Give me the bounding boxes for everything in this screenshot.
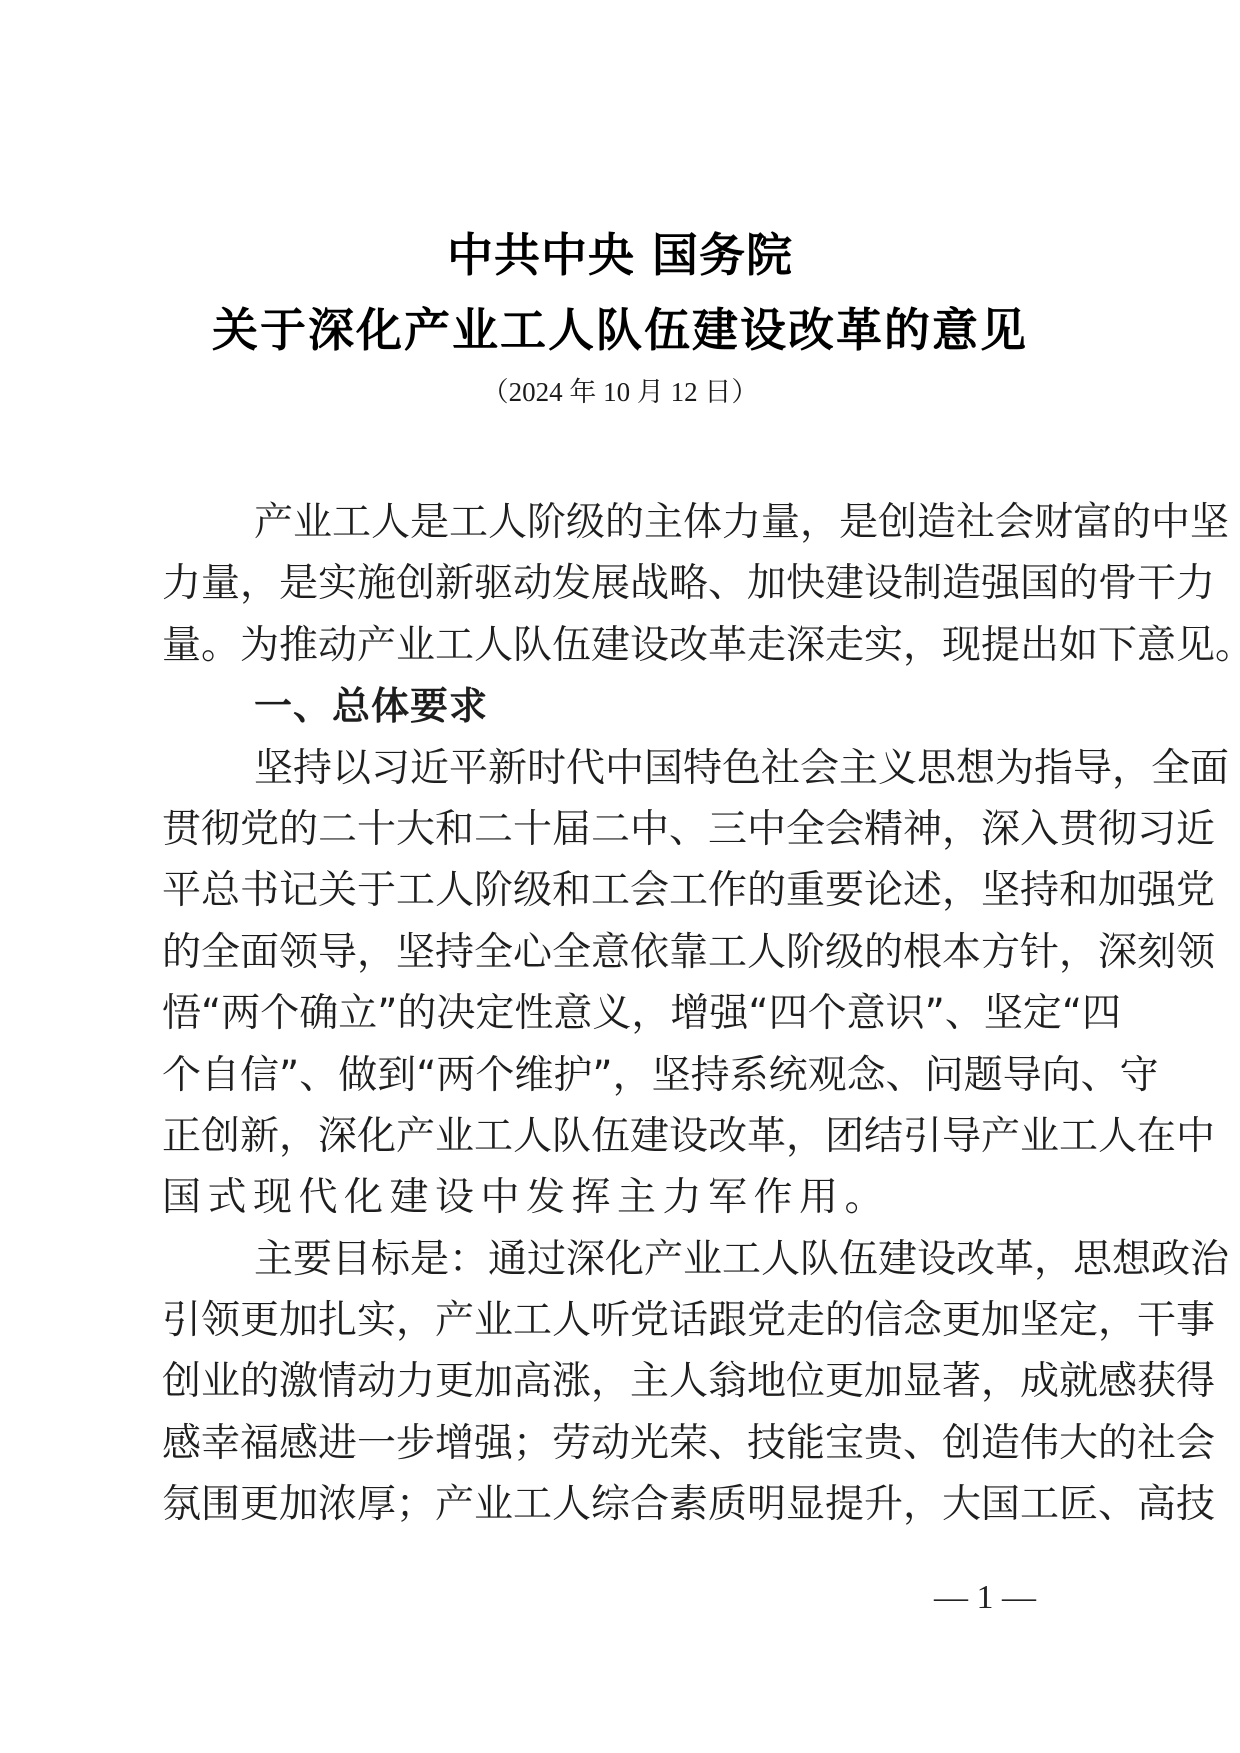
section-heading: 一、总体要求 bbox=[162, 676, 1078, 737]
body-line: 引领更加扎实，产业工人听党话跟党走的信念更加坚定，干事 bbox=[162, 1290, 1078, 1351]
body-line: 产业工人是工人阶级的主体力量，是创造社会财富的中坚 bbox=[162, 492, 1078, 553]
document-title-subject: 关于深化产业工人队伍建设改革的意见 bbox=[0, 301, 1240, 359]
document-title-issuer: 中共中央 国务院 bbox=[0, 226, 1240, 284]
body-line: 量。为推动产业工人队伍建设改革走深走实，现提出如下意见。 bbox=[162, 615, 1078, 676]
body-line: 国式现代化建设中发挥主力军作用。 bbox=[162, 1167, 1078, 1228]
body-line: 坚持以习近平新时代中国特色社会主义思想为指导，全面 bbox=[162, 738, 1078, 799]
body-line: 主要目标是：通过深化产业工人队伍建设改革，思想政治 bbox=[162, 1229, 1078, 1290]
document-body: 产业工人是工人阶级的主体力量，是创造社会财富的中坚 力量，是实施创新驱动发展战略… bbox=[162, 492, 1078, 1536]
body-line: 平总书记关于工人阶级和工会工作的重要论述，坚持和加强党 bbox=[162, 860, 1078, 921]
body-line: 贯彻党的二十大和二十届二中、三中全会精神，深入贯彻习近 bbox=[162, 799, 1078, 860]
body-line: 感幸福感进一步增强；劳动光荣、技能宝贵、创造伟大的社会 bbox=[162, 1413, 1078, 1474]
document-date: （2024 年 10 月 12 日） bbox=[0, 374, 1240, 410]
page-number: — 1 — bbox=[920, 1578, 1050, 1618]
body-line: 力量，是实施创新驱动发展战略、加快建设制造强国的骨干力 bbox=[162, 553, 1078, 614]
body-line: 的全面领导，坚持全心全意依靠工人阶级的根本方针，深刻领 bbox=[162, 922, 1078, 983]
body-line: 正创新，深化产业工人队伍建设改革，团结引导产业工人在中 bbox=[162, 1106, 1078, 1167]
body-line: 创业的激情动力更加高涨，主人翁地位更加显著，成就感获得 bbox=[162, 1351, 1078, 1412]
body-line: 悟“两个确立”的决定性意义，增强“四个意识”、坚定“四 bbox=[162, 983, 1078, 1044]
body-line: 个自信”、做到“两个维护”，坚持系统观念、问题导向、守 bbox=[162, 1045, 1078, 1106]
body-line: 氛围更加浓厚；产业工人综合素质明显提升，大国工匠、高技 bbox=[162, 1474, 1078, 1535]
